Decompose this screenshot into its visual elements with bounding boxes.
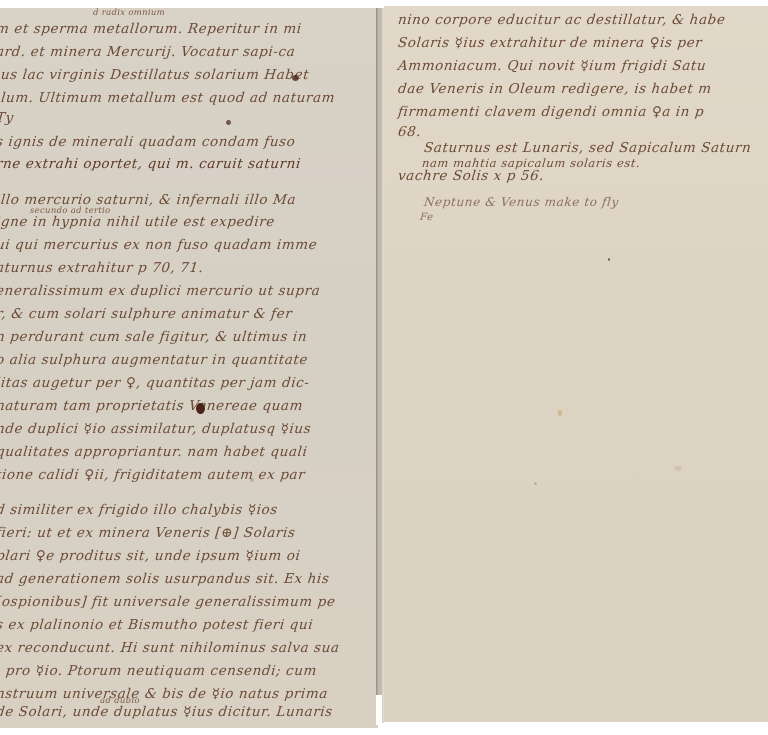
book-gutter bbox=[376, 8, 384, 723]
text-line: s ignis de minerali quadam condam fuso bbox=[0, 134, 296, 150]
text-line: aturnus extrahitur p 70, 71. bbox=[0, 260, 204, 276]
text-line: n perdurant cum sale figitur, & ultimus … bbox=[0, 329, 308, 345]
text-line: ius lac virginis Destillatus solarium Ha… bbox=[0, 67, 310, 83]
text-line: qualitates appropriantur. nam habet qual… bbox=[0, 444, 308, 460]
text-line: dae Veneris in Oleum redigere, is habet … bbox=[397, 81, 712, 97]
text-line: s ex plalinonio et Bismutho potest fieri… bbox=[0, 617, 314, 633]
text-line: nstruum universale & bis de ☿io natus pr… bbox=[0, 686, 329, 702]
text-line: r, & cum solari sulphure animatur & fer bbox=[0, 306, 293, 322]
text-line: , pro ☿io. Ptorum neutiquam censendi; cu… bbox=[0, 663, 318, 679]
ink-blot bbox=[292, 75, 299, 81]
text-line: ad generationem solis usurpandus sit. Ex… bbox=[0, 571, 330, 587]
text-line: nde duplici ☿io assimilatur, duplatusq ☿… bbox=[0, 421, 312, 437]
text-line: litas augetur per ♀, quantitas per jam d… bbox=[0, 375, 310, 391]
text-line: Solaris ☿ius extrahitur de minera ♀is pe… bbox=[397, 35, 703, 51]
left-page: d radix omnium m et sperma metallorum. R… bbox=[0, 8, 378, 728]
paper-speckle bbox=[674, 466, 682, 471]
text-line: Fe bbox=[419, 212, 434, 223]
paper-speckle bbox=[608, 258, 610, 261]
text-line: de Solari, unde duplatus ☿ius dicitur. L… bbox=[0, 704, 334, 720]
manuscript-spread: d radix omnium m et sperma metallorum. R… bbox=[0, 0, 768, 735]
ink-blot bbox=[196, 403, 205, 414]
paper-speckle bbox=[90, 168, 93, 171]
ink-blot bbox=[226, 120, 231, 125]
text-line: igne in hypnia nihil utile est expedire bbox=[0, 214, 276, 230]
text-line: vachre Solis x p 56. bbox=[397, 168, 545, 184]
text-line: tione calidi ♀ii, frigiditatem autem ex … bbox=[0, 467, 306, 483]
right-page: nino corpore educitur ac destillatur, & … bbox=[384, 6, 768, 722]
text-line: Ty bbox=[0, 110, 15, 126]
text-line: -lum. Ultimum metallum est quod ad natur… bbox=[0, 90, 336, 106]
text-line: o alia sulphura augmentatur in quantitat… bbox=[0, 352, 309, 368]
text-line: nino corpore educitur ac destillatur, & … bbox=[397, 12, 726, 28]
text-line: ex reconducunt. Hi sunt nihilominus salv… bbox=[0, 640, 340, 656]
text-line: ui qui mercurius ex non fuso quadam imme bbox=[0, 237, 318, 253]
text-line: plari ♀e proditus sit, unde ipsum ☿ium o… bbox=[0, 548, 301, 564]
text-line: rne extrahi oportet, qui m. caruit satur… bbox=[0, 156, 302, 172]
text-line: Ammoniacum. Qui novit ☿ium frigidi Satu bbox=[397, 58, 707, 74]
text-line: fieri: ut et ex minera Veneris [⊕] Solar… bbox=[0, 525, 296, 541]
paper-speckle bbox=[250, 478, 254, 482]
text-line: m et sperma metallorum. Reperitur in mi bbox=[0, 21, 303, 37]
text-line: [ospionibus] fit universale generalissim… bbox=[0, 594, 336, 610]
interlinear-note: d radix omnium bbox=[93, 8, 165, 18]
text-line: Saturnus est Lunaris, sed Sapicalum Satu… bbox=[423, 140, 752, 156]
text-line: 68. bbox=[397, 124, 422, 140]
gutter-notch bbox=[376, 695, 382, 725]
text-line: naturam tam proprietatis Venereae quam bbox=[0, 398, 304, 414]
text-line: ard. et minera Mercurij. Vocatur sapi-ca bbox=[0, 44, 296, 60]
text-line: Neptune & Venus make to fly bbox=[423, 195, 619, 209]
paper-speckle bbox=[534, 482, 537, 485]
text-line: d similiter ex frigido illo chalybis ☿io… bbox=[0, 502, 279, 518]
text-line: firmamenti clavem digendi omnia ♀a in p bbox=[397, 104, 705, 120]
text-line: eneralissimum ex duplici mercurio ut sup… bbox=[0, 283, 321, 299]
paper-speckle bbox=[558, 410, 562, 416]
